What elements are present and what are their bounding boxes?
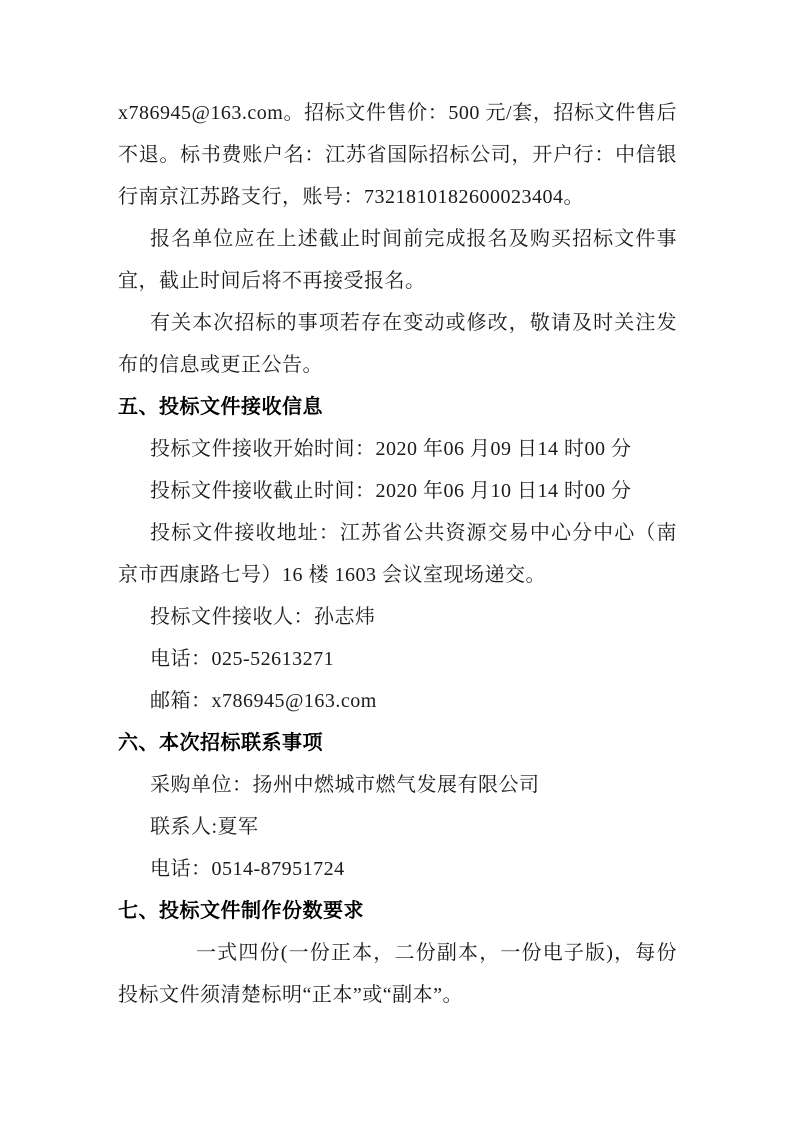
line-contact-person: 联系人:夏军: [118, 806, 677, 848]
line-purchasing-unit: 采购单位：扬州中燃城市燃气发展有限公司: [118, 764, 677, 806]
section-6-heading: 六、本次招标联系事项: [118, 722, 677, 764]
section-copies-requirement: 七、投标文件制作份数要求 一式四份(一份正本，二份副本，一份电子版)，每份投标文…: [118, 890, 677, 1016]
line-receive-address: 投标文件接收地址：江苏省公共资源交易中心分中心（南京市西康路七号）16 楼 16…: [118, 512, 677, 596]
paragraph-copies-requirement: 一式四份(一份正本，二份副本，一份电子版)，每份投标文件须清楚标明“正本”或“副…: [118, 932, 677, 1016]
line-contact-phone: 电话：0514-87951724: [118, 848, 677, 890]
document-page: x786945@163.com。招标文件售价：500 元/套，招标文件售后不退。…: [0, 0, 793, 1122]
section-5-heading: 五、投标文件接收信息: [118, 386, 677, 428]
section-bid-document-receipt: 五、投标文件接收信息 投标文件接收开始时间：2020 年06 月09 日14 时…: [118, 386, 677, 722]
section-tender-contact: 六、本次招标联系事项 采购单位：扬州中燃城市燃气发展有限公司 联系人:夏军 电话…: [118, 722, 677, 890]
line-receive-start-time: 投标文件接收开始时间：2020 年06 月09 日14 时00 分: [118, 428, 677, 470]
line-receiver-name: 投标文件接收人：孙志炜: [118, 596, 677, 638]
line-receiver-email: 邮箱：x786945@163.com: [118, 680, 677, 722]
section-7-heading: 七、投标文件制作份数要求: [118, 890, 677, 932]
line-receiver-phone: 电话：025-52613271: [118, 638, 677, 680]
line-receive-end-time: 投标文件接收截止时间：2020 年06 月10 日14 时00 分: [118, 470, 677, 512]
paragraph-tender-doc-price: x786945@163.com。招标文件售价：500 元/套，招标文件售后不退。…: [118, 92, 677, 218]
paragraph-registration-deadline: 报名单位应在上述截止时间前完成报名及购买招标文件事宜，截止时间后将不再接受报名。: [118, 218, 677, 302]
paragraph-change-notice: 有关本次招标的事项若存在变动或修改，敬请及时关注发布的信息或更正公告。: [118, 302, 677, 386]
